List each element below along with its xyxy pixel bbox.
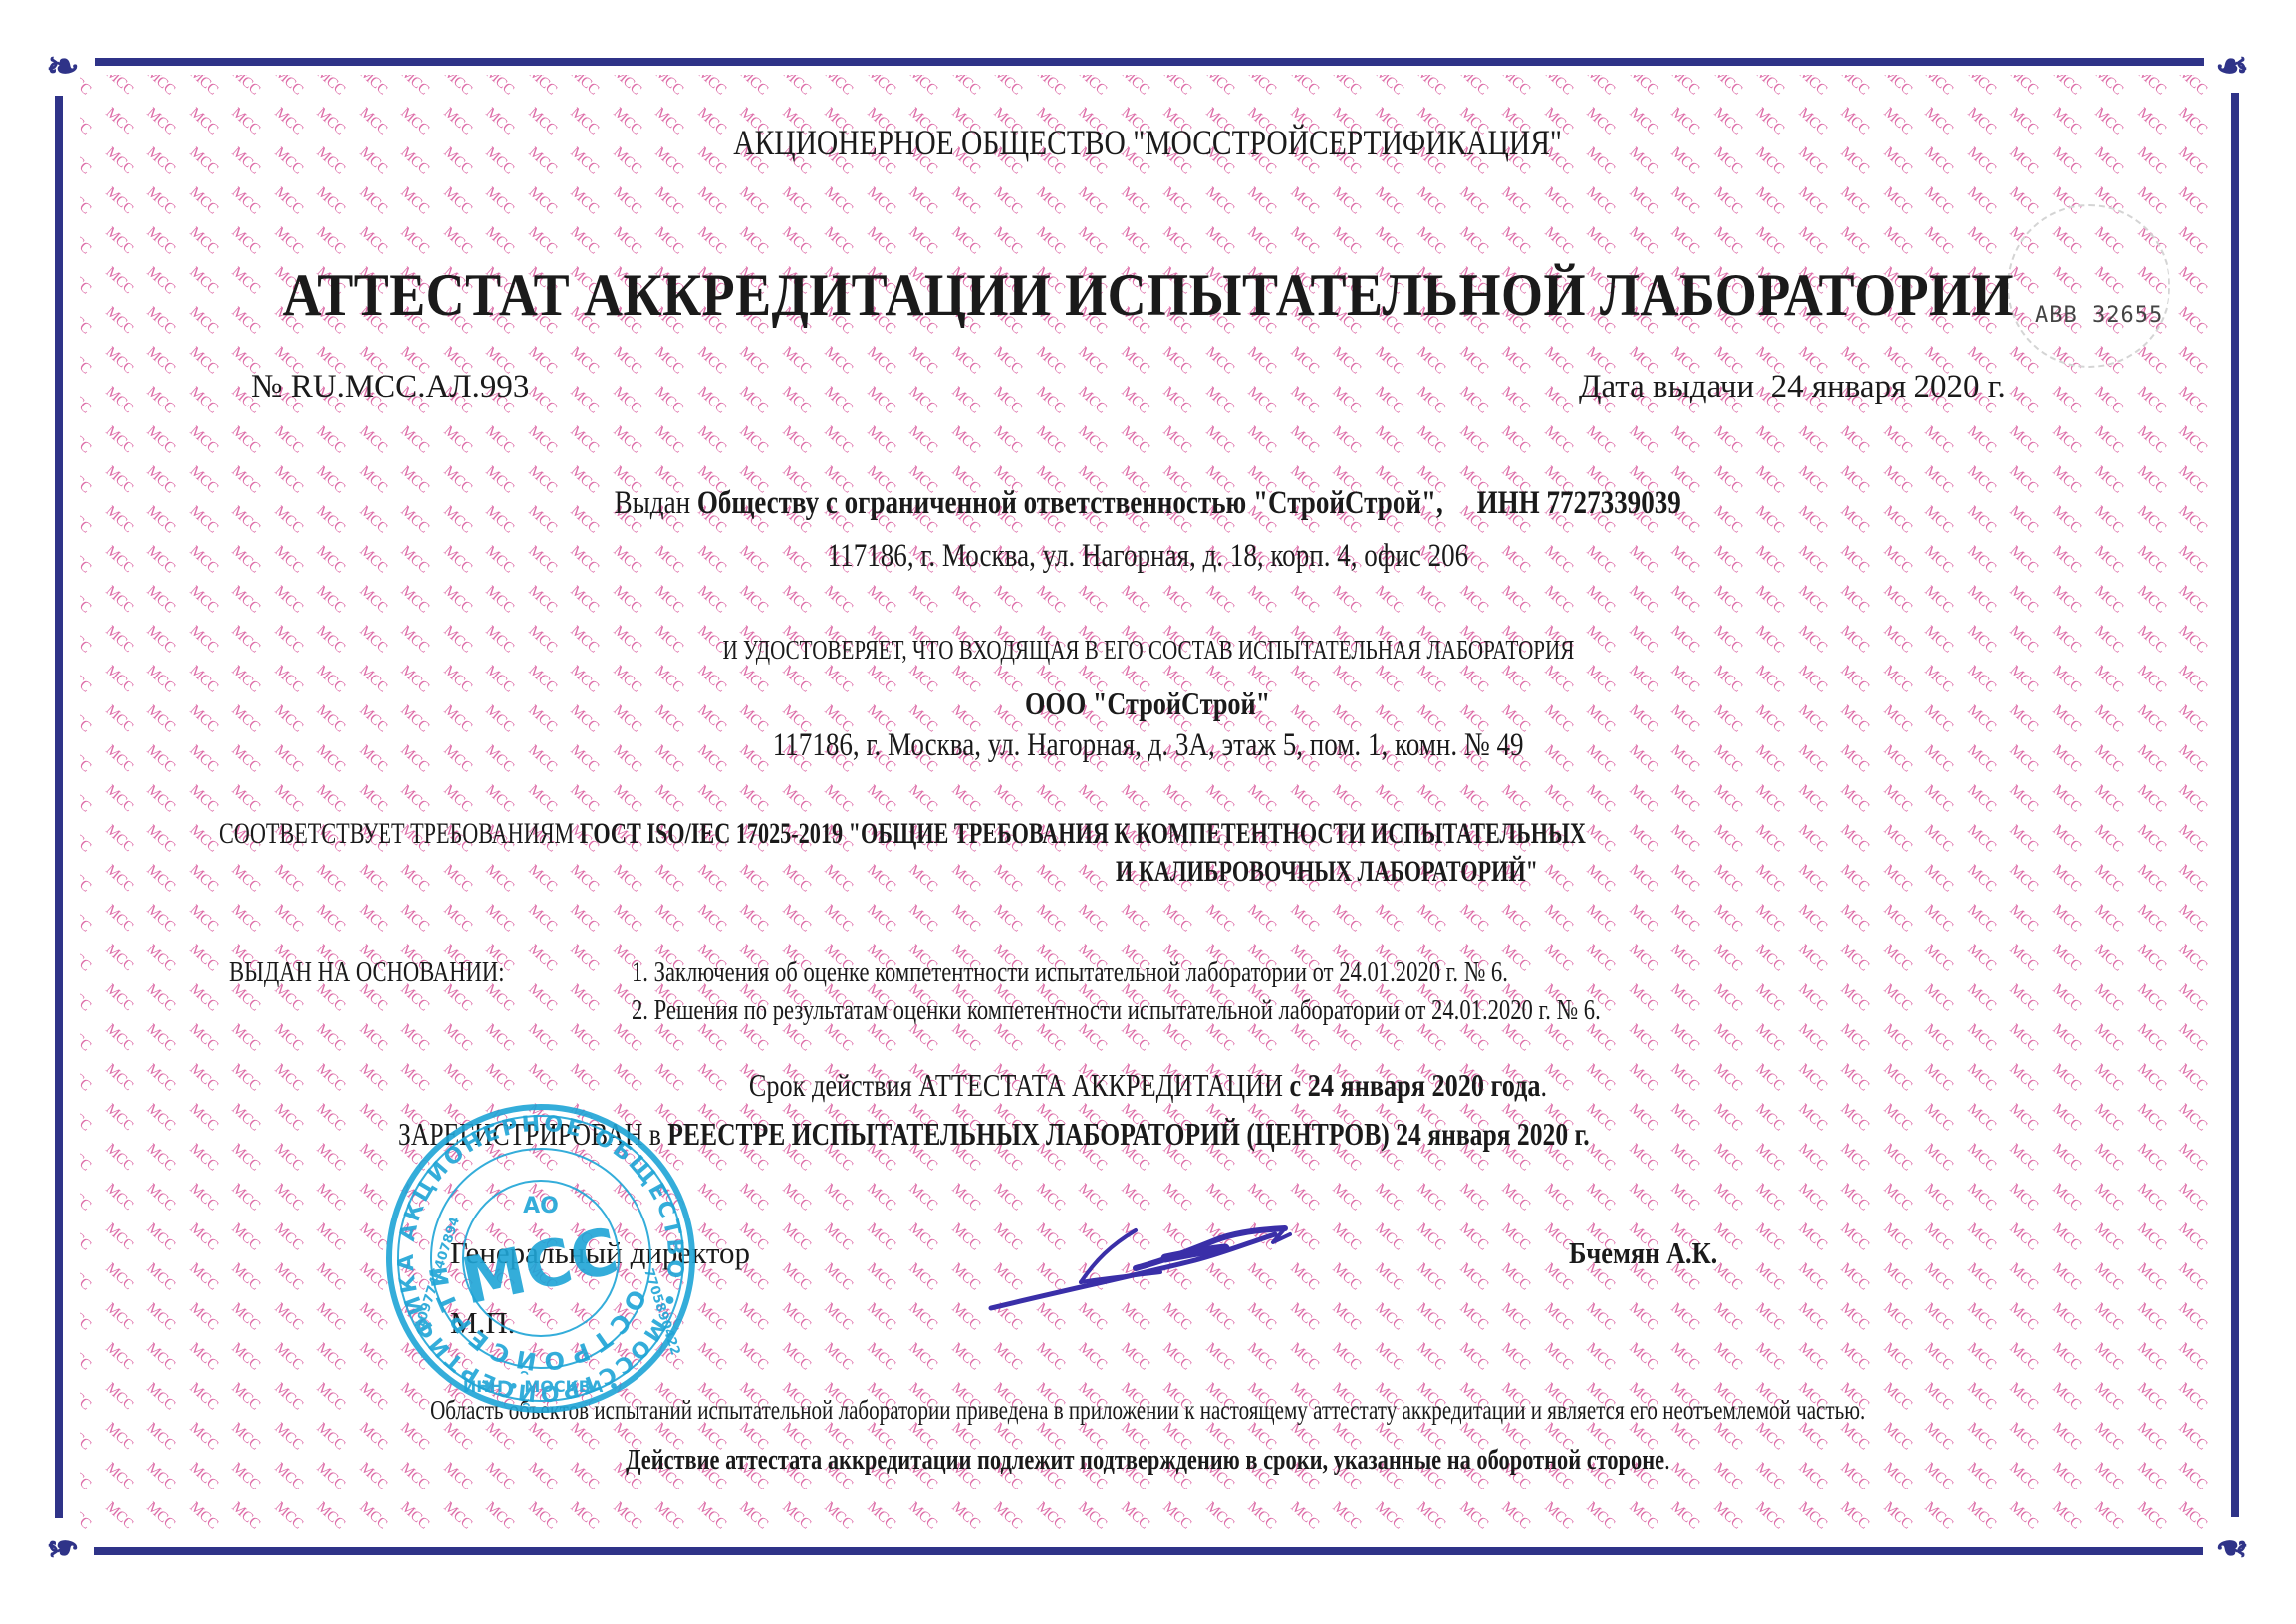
watermark-mark: MCC [1583,1300,1618,1334]
watermark-mark: MCC [2091,822,2126,856]
watermark-mark: MCC [355,782,389,816]
watermark-mark: MCC [1709,782,1744,816]
watermark-mark: MCC [1625,1181,1659,1215]
watermark-mark: MCC [80,583,94,617]
watermark-mark: MCC [651,344,686,378]
watermark-mark: MCC [778,384,813,417]
watermark-mark: MCC [1371,344,1405,378]
watermark-mark: MCC [1498,1499,1533,1533]
watermark-mark: MCC [228,782,263,816]
watermark-mark: MCC [947,1300,982,1334]
watermark-mark: MCC [185,583,220,617]
watermark-mark: MCC [143,1260,178,1294]
watermark-mark: MCC [1413,1340,1448,1374]
watermark-mark: MCC [1752,184,1787,218]
watermark-mark: MCC [2006,423,2041,457]
watermark-mark: MCC [863,184,897,218]
watermark-mark: MCC [821,75,856,99]
watermark-mark: MCC [270,1141,305,1175]
watermark-mark: MCC [185,75,220,99]
watermark-mark: MCC [2133,75,2168,99]
watermark-mark: MCC [1921,981,1956,1015]
watermark-mark: MCC [1455,423,1490,457]
watermark-mark: MCC [2217,1220,2221,1254]
watermark-mark: MCC [1201,1340,1236,1374]
watermark-mark: MCC [397,862,432,896]
watermark-mark: MCC [1032,1181,1067,1215]
watermark-mark: MCC [228,1141,263,1175]
watermark-mark: MCC [101,1021,135,1055]
watermark-mark: MCC [143,1021,178,1055]
corner-ornament-icon: ❧ [44,1528,82,1566]
watermark-mark: MCC [1032,902,1067,936]
watermark-mark: MCC [439,224,474,258]
watermark-mark: MCC [1244,1499,1279,1533]
watermark-mark: MCC [1032,384,1067,417]
watermark-mark: MCC [355,75,389,99]
watermark-mark: MCC [228,1300,263,1334]
watermark-mark: MCC [143,782,178,816]
watermark-mark: MCC [821,1300,856,1334]
watermark-mark: MCC [1963,782,1998,816]
watermark-mark: MCC [1837,1300,1872,1334]
watermark-mark: MCC [1244,344,1279,378]
watermark-mark: MCC [1159,423,1194,457]
watermark-mark: MCC [609,75,643,99]
watermark-mark: MCC [1921,1499,1956,1533]
watermark-mark: MCC [439,184,474,218]
watermark-mark: MCC [1244,224,1279,258]
stamp-bottom-text: ИНН • МОСКВА • [463,1377,619,1396]
watermark-mark: MCC [2175,224,2210,258]
watermark-mark: MCC [2133,583,2168,617]
watermark-mark: MCC [736,75,771,99]
watermark-mark: MCC [313,902,348,936]
watermark-mark: MCC [1667,782,1702,816]
watermark-mark: MCC [2048,1300,2083,1334]
watermark-mark: MCC [1371,583,1405,617]
watermark-mark: MCC [1625,184,1659,218]
watermark-mark: MCC [2217,981,2221,1015]
frame-border-bottom [94,1547,2203,1555]
watermark-mark: MCC [2217,1141,2221,1175]
watermark-mark: MCC [524,1021,559,1055]
watermark-mark: MCC [1879,1260,1913,1294]
watermark-mark: MCC [143,423,178,457]
watermark-mark: MCC [1709,224,1744,258]
watermark-mark: MCC [567,224,602,258]
watermark-mark: MCC [947,344,982,378]
watermark-mark: MCC [947,184,982,218]
watermark-mark: MCC [821,184,856,218]
watermark-mark: MCC [1879,1499,1913,1533]
watermark-mark: MCC [1625,1499,1659,1533]
watermark-mark: MCC [736,1340,771,1374]
watermark-mark: MCC [1709,1300,1744,1334]
watermark-mark: MCC [1794,1220,1829,1254]
watermark-mark: MCC [1498,1340,1533,1374]
watermark-mark: MCC [2006,75,2041,99]
watermark-mark: MCC [821,1181,856,1215]
watermark-mark: MCC [1075,224,1110,258]
watermark-mark: MCC [1413,1260,1448,1294]
watermark-mark: MCC [2175,1340,2210,1374]
watermark-mark: MCC [185,942,220,975]
watermark-mark: MCC [397,1499,432,1533]
confirmation-note-suffix: . [1664,1445,1670,1476]
watermark-mark: MCC [1413,344,1448,378]
watermark-mark: MCC [185,1021,220,1055]
watermark-mark: MCC [1159,344,1194,378]
watermark-mark: MCC [905,862,940,896]
watermark-mark: MCC [863,1260,897,1294]
watermark-mark: MCC [1709,184,1744,218]
watermark-mark: MCC [567,423,602,457]
watermark-mark: MCC [2133,1101,2168,1135]
watermark-mark: MCC [2175,344,2210,378]
watermark-mark: MCC [821,583,856,617]
watermark-mark: MCC [313,583,348,617]
watermark-mark: MCC [2091,583,2126,617]
watermark-mark: MCC [524,224,559,258]
signatory-name-text: Бчемян А.К. [1569,1235,1717,1271]
watermark-mark: MCC [651,782,686,816]
watermark-mark: MCC [1498,1181,1533,1215]
watermark-mark: MCC [1794,862,1829,896]
watermark-mark: MCC [143,1300,178,1334]
watermark-mark: MCC [439,1021,474,1055]
watermark-mark: MCC [1244,583,1279,617]
watermark-mark: MCC [2006,862,2041,896]
watermark-mark: MCC [1837,224,1872,258]
watermark-mark: MCC [736,344,771,378]
watermark-mark: MCC [2091,1021,2126,1055]
watermark-mark: MCC [80,384,94,417]
watermark-mark: MCC [2091,1181,2126,1215]
watermark-mark: MCC [693,1499,728,1533]
watermark-mark: MCC [693,862,728,896]
watermark-mark: MCC [313,423,348,457]
watermark-mark: MCC [2175,1260,2210,1294]
watermark-mark: MCC [2175,583,2210,617]
corner-ornament-icon: ❧ [2213,48,2251,86]
watermark-mark: MCC [2133,1220,2168,1254]
watermark-mark: MCC [1540,782,1575,816]
watermark-mark: MCC [101,822,135,856]
watermark-mark: MCC [228,184,263,218]
watermark-mark: MCC [821,1260,856,1294]
watermark-mark: MCC [80,1021,94,1055]
watermark-mark: MCC [2217,1181,2221,1215]
watermark-mark: MCC [143,862,178,896]
watermark-mark: MCC [1794,583,1829,617]
watermark-mark: MCC [651,75,686,99]
watermark-mark: MCC [821,224,856,258]
watermark-mark: MCC [609,583,643,617]
watermark-mark: MCC [1963,902,1998,936]
watermark-mark: MCC [905,1220,940,1254]
watermark-mark: MCC [143,1101,178,1135]
watermark-mark: MCC [143,1181,178,1215]
watermark-mark: MCC [1667,1181,1702,1215]
watermark-mark: MCC [2217,1101,2221,1135]
watermark-mark: MCC [2175,1021,2210,1055]
watermark-mark: MCC [1117,184,1151,218]
watermark-mark: MCC [439,583,474,617]
watermark-mark: MCC [1413,1181,1448,1215]
watermark-mark: MCC [1963,1141,1998,1175]
watermark-mark: MCC [1329,1260,1364,1294]
watermark-mark: MCC [1032,862,1067,896]
watermark-mark: MCC [2217,184,2221,218]
watermark-mark: MCC [143,384,178,417]
watermark-mark: MCC [1159,75,1194,99]
watermark-mark: MCC [1794,1499,1829,1533]
official-seal-stamp: АКЦИОНЕРНОЕ ОБЩЕСТВО • МОССТРОЙСЕРТИФИКА… [383,1101,698,1416]
watermark-mark: MCC [863,782,897,816]
watermark-mark: MCC [1455,1260,1490,1294]
watermark-mark: MCC [143,583,178,617]
watermark-mark: MCC [1837,902,1872,936]
watermark-mark: MCC [2175,981,2210,1015]
watermark-mark: MCC [2048,1021,2083,1055]
watermark-mark: MCC [1625,1340,1659,1374]
watermark-mark: MCC [1921,1260,1956,1294]
watermark-mark: MCC [778,224,813,258]
watermark-mark: MCC [2217,1300,2221,1334]
watermark-mark: MCC [1879,184,1913,218]
watermark-mark: MCC [1329,782,1364,816]
watermark-mark: MCC [1117,344,1151,378]
watermark-mark: MCC [1625,1300,1659,1334]
watermark-mark: MCC [1540,384,1575,417]
watermark-mark: MCC [101,344,135,378]
watermark-mark: MCC [143,1499,178,1533]
watermark-mark: MCC [1455,75,1490,99]
watermark-mark: MCC [1583,224,1618,258]
watermark-mark: MCC [2175,384,2210,417]
watermark-mark: MCC [990,862,1025,896]
watermark-mark: MCC [1286,782,1321,816]
watermark-mark: MCC [1201,1499,1236,1533]
watermark-mark: MCC [1752,1260,1787,1294]
validity-suffix: . [1541,1067,1548,1103]
watermark-mark: MCC [355,224,389,258]
watermark-mark: MCC [1625,902,1659,936]
watermark-mark: MCC [2133,981,2168,1015]
watermark-mark: MCC [2006,583,2041,617]
watermark-mark: MCC [143,1141,178,1175]
watermark-mark: MCC [651,423,686,457]
watermark-mark: MCC [2133,822,2168,856]
watermark-mark: MCC [1075,344,1110,378]
watermark-mark: MCC [1794,782,1829,816]
watermark-mark: MCC [313,1101,348,1135]
watermark-mark: MCC [609,782,643,816]
watermark-mark: MCC [2175,1141,2210,1175]
watermark-mark: MCC [80,1181,94,1215]
watermark-mark: MCC [2133,423,2168,457]
validity-prefix: Срок действия АТТЕСТАТА АККРЕДИТАЦИИ [749,1067,1283,1103]
watermark-mark: MCC [863,423,897,457]
watermark-mark: MCC [1244,1340,1279,1374]
watermark-mark: MCC [2175,1499,2210,1533]
watermark-mark: MCC [1667,583,1702,617]
watermark-mark: MCC [990,184,1025,218]
watermark-mark: MCC [1329,224,1364,258]
watermark-mark: MCC [2217,423,2221,457]
watermark-mark: MCC [905,423,940,457]
watermark-mark: MCC [905,75,940,99]
watermark-mark: MCC [80,822,94,856]
watermark-mark: MCC [905,1340,940,1374]
watermark-mark: MCC [1879,862,1913,896]
watermark-mark: MCC [1032,1499,1067,1533]
watermark-mark: MCC [313,1021,348,1055]
watermark-mark: MCC [313,1499,348,1533]
watermark-mark: MCC [693,1300,728,1334]
watermark-mark: MCC [2175,822,2210,856]
watermark-mark: MCC [2133,1340,2168,1374]
watermark-mark: MCC [185,224,220,258]
watermark-mark: MCC [1963,1021,1998,1055]
watermark-mark: MCC [80,1499,94,1533]
watermark-mark: MCC [1455,1181,1490,1215]
watermark-mark: MCC [2133,1141,2168,1175]
watermark-mark: MCC [80,1220,94,1254]
watermark-mark: MCC [693,1340,728,1374]
watermark-mark: MCC [1498,782,1533,816]
watermark-mark: MCC [270,1181,305,1215]
watermark-mark: MCC [2133,1300,2168,1334]
watermark-mark: MCC [482,1499,517,1533]
watermark-mark: MCC [1921,1101,1956,1135]
signature [986,1220,1315,1320]
watermark-mark: MCC [1159,224,1194,258]
watermark-mark: MCC [609,423,643,457]
watermark-mark: MCC [567,75,602,99]
watermark-mark: MCC [821,1340,856,1374]
watermark-mark: MCC [651,1499,686,1533]
watermark-mark: MCC [1159,384,1194,417]
watermark-mark: MCC [185,1260,220,1294]
watermark-mark: MCC [1201,1181,1236,1215]
watermark-mark: MCC [143,822,178,856]
watermark-mark: MCC [2048,75,2083,99]
watermark-mark: MCC [1455,1300,1490,1334]
watermark-mark: MCC [185,384,220,417]
watermark-mark: MCC [1413,1220,1448,1254]
watermark-mark: MCC [1963,1220,1998,1254]
watermark-mark: MCC [1329,1340,1364,1374]
watermark-mark: MCC [567,1021,602,1055]
watermark-mark: MCC [101,1220,135,1254]
watermark-mark: MCC [270,1220,305,1254]
watermark-mark: MCC [2048,1340,2083,1374]
watermark-mark: MCC [185,1181,220,1215]
watermark-mark: MCC [1879,1340,1913,1374]
watermark-mark: MCC [2006,184,2041,218]
watermark-mark: MCC [1879,224,1913,258]
watermark-mark: MCC [355,902,389,936]
watermark-mark: MCC [1286,224,1321,258]
watermark-mark: MCC [863,1340,897,1374]
conformity-statement: СООТВЕТСТВУЕТ ТРЕБОВАНИЯМ ГОСТ ISO/IEC 1… [219,817,2066,851]
watermark-mark: MCC [990,423,1025,457]
watermark-mark: MCC [482,423,517,457]
watermark-mark: MCC [1371,902,1405,936]
watermark-mark: MCC [1879,583,1913,617]
watermark-mark: MCC [143,184,178,218]
watermark-mark: MCC [2133,1499,2168,1533]
watermark-mark: MCC [778,75,813,99]
watermark-mark: MCC [990,902,1025,936]
watermark-mark: MCC [1794,1340,1829,1374]
conformity-prefix: СООТВЕТСТВУЕТ ТРЕБОВАНИЯМ [219,817,574,850]
watermark-mark: MCC [2048,1181,2083,1215]
watermark-mark: MCC [1032,583,1067,617]
watermark-mark: MCC [1117,583,1151,617]
watermark-mark: MCC [567,862,602,896]
watermark-mark: MCC [947,224,982,258]
watermark-mark: MCC [1667,75,1702,99]
watermark-mark: MCC [2006,1260,2041,1294]
watermark-mark: MCC [2217,822,2221,856]
watermark-mark: MCC [905,224,940,258]
watermark-mark: MCC [693,902,728,936]
watermark-mark: MCC [482,782,517,816]
issued-to-name: Обществу с ограниченной ответственностью… [697,485,1443,521]
watermark-mark: MCC [2133,942,2168,975]
watermark-mark: MCC [2006,1141,2041,1175]
watermark-mark: MCC [1794,423,1829,457]
conformity-standard: ГОСТ ISO/IEC 17025-2019 "ОБЩИЕ ТРЕБОВАНИ… [580,817,1586,850]
watermark-mark: MCC [313,75,348,99]
watermark-mark: MCC [905,583,940,617]
watermark-mark: MCC [313,224,348,258]
watermark-mark: MCC [1201,583,1236,617]
watermark-mark: MCC [80,981,94,1015]
stamp-top-inner: АО [523,1194,559,1218]
watermark-mark: MCC [355,423,389,457]
watermark-mark: MCC [185,1499,220,1533]
watermark-mark: MCC [990,782,1025,816]
watermark-mark: MCC [2091,75,2126,99]
watermark-mark: MCC [1709,1181,1744,1215]
watermark-mark: MCC [1837,1181,1872,1215]
watermark-mark: MCC [2006,1499,2041,1533]
watermark-mark: MCC [2175,902,2210,936]
watermark-mark: MCC [2175,862,2210,896]
watermark-mark: MCC [1921,1300,1956,1334]
watermark-mark: MCC [736,423,771,457]
watermark-mark: MCC [1244,902,1279,936]
watermark-mark: MCC [2133,1021,2168,1055]
watermark-mark: MCC [270,1499,305,1533]
watermark-mark: MCC [1921,782,1956,816]
watermark-mark: MCC [1159,902,1194,936]
watermark-mark: MCC [2091,782,2126,816]
watermark-mark: MCC [270,75,305,99]
watermark-mark: MCC [2217,1021,2221,1055]
watermark-mark: MCC [101,782,135,816]
watermark-mark: MCC [80,423,94,457]
watermark-mark: MCC [1329,184,1364,218]
watermark-mark: MCC [863,1181,897,1215]
confirmation-note: Действие аттестата аккредитации подлежит… [0,1445,2296,1477]
holder-address-text: 117186, г. Москва, ул. Нагорная, д. 18, … [828,538,1469,575]
watermark-mark: MCC [101,1101,135,1135]
